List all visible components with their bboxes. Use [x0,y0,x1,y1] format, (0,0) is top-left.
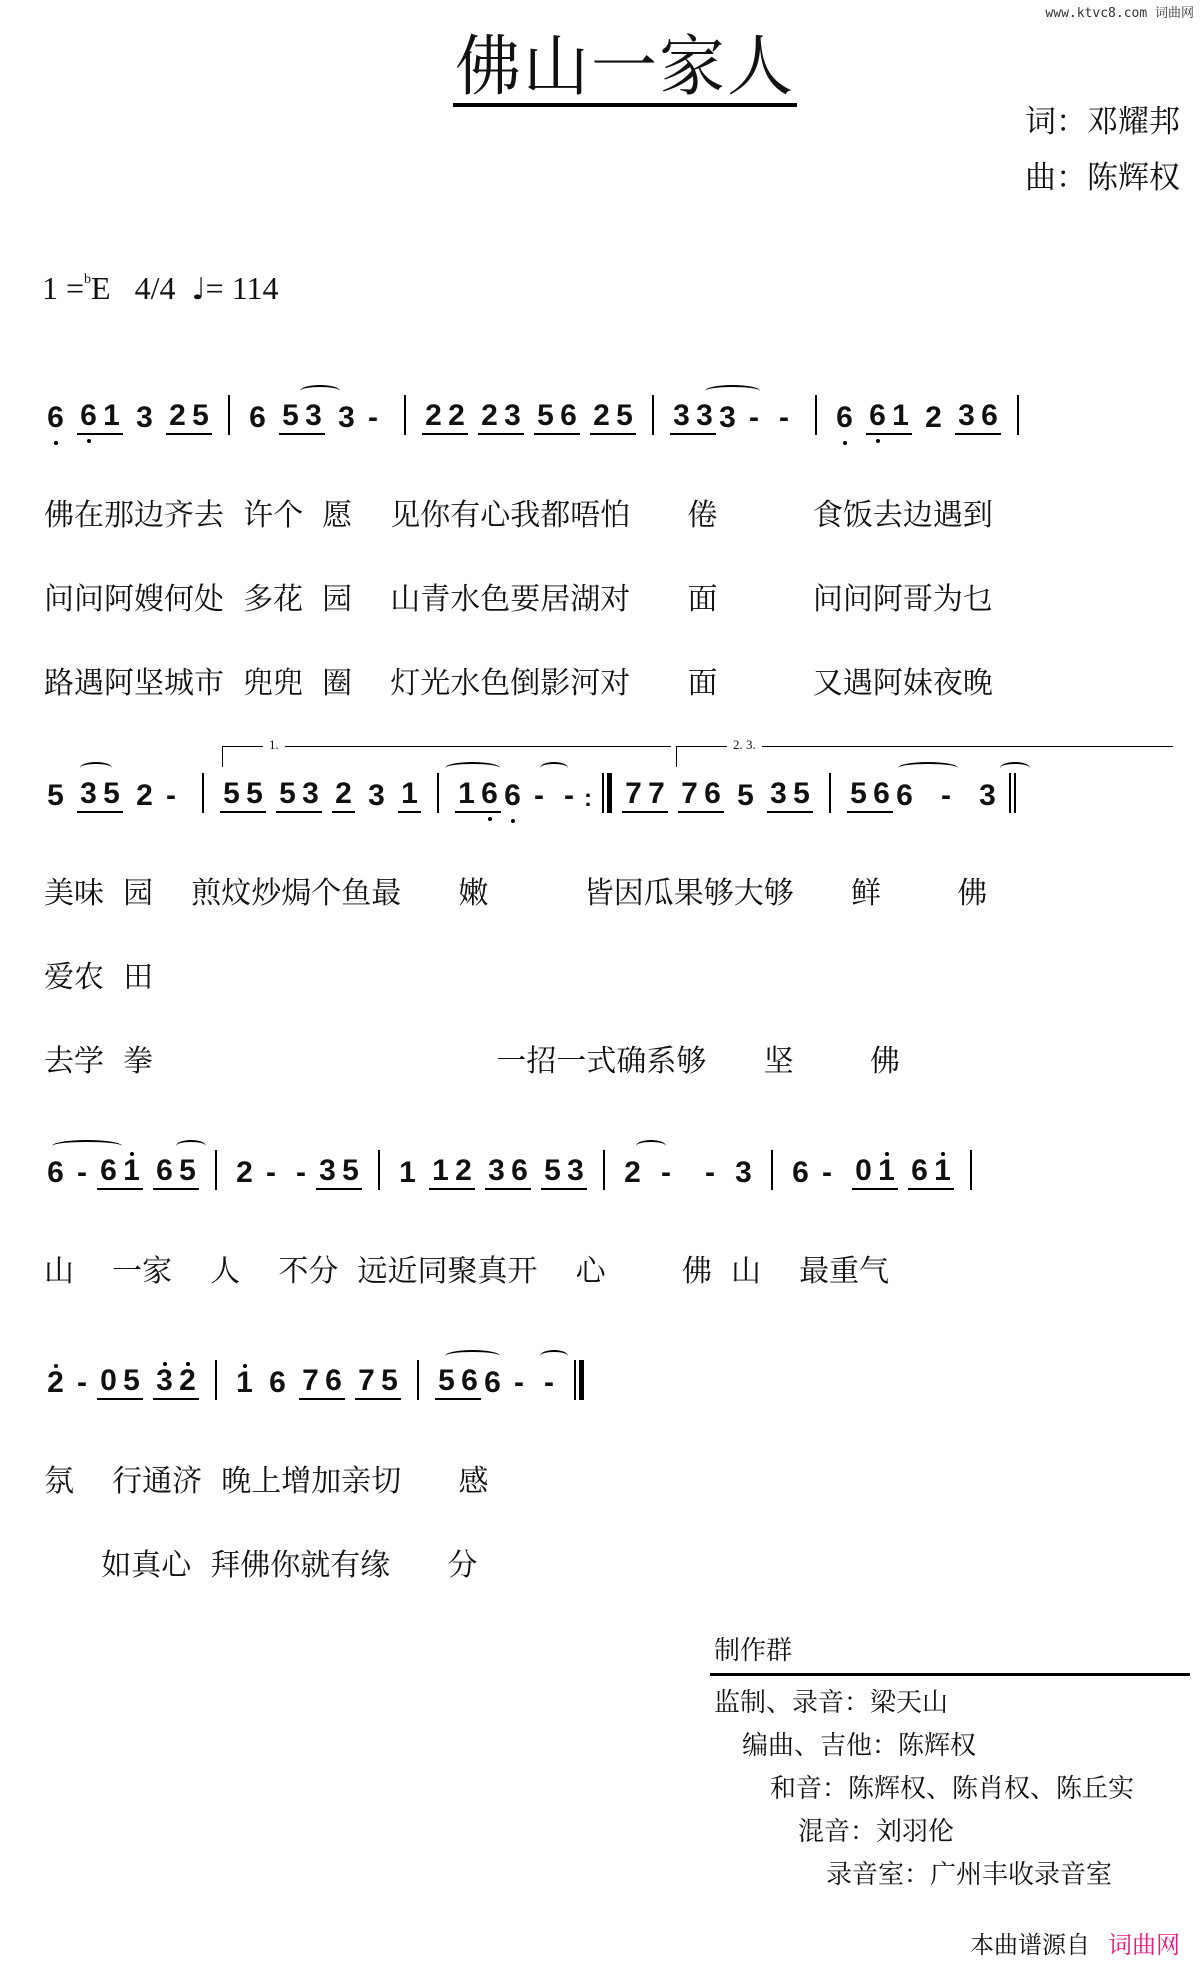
lyrics-system-2-verse-2: 爱农 田 [44,952,153,996]
slur [540,1350,568,1362]
slur [1000,762,1030,774]
volta-bracket-1: 1. [222,746,671,767]
lyrics-system-2-verse-3: 去学 拳 一招一式确系够 坚 佛 [44,1036,900,1080]
credit-arrangement: 编曲、吉他：陈辉权 [710,1725,1190,1762]
source-attribution: 本曲谱源自词曲网 [970,1925,1180,1960]
credit-mixing: 混音：刘羽伦 [710,1811,1190,1848]
key-tempo-line: 1 =bE 4/4 ♩= 114 [42,270,279,307]
notation-system-2: 5 35 2- 55 53 2 3 1 166-- : 77 76 5 35 5… [44,773,1026,813]
repeat-end-sign: : [584,785,592,813]
notation-system-3: 6- 61 65 2-- 35 1 12 36 53 2--3 6- 01 61 [44,1150,988,1190]
slur [445,762,500,774]
credit-studio: 录音室：广州丰收录音室 [710,1854,1190,1891]
double-barline [1009,773,1016,813]
slur [300,385,340,397]
song-title: 佛山一家人 [0,28,1200,107]
key-prefix: 1 = [42,270,84,306]
barline [215,1360,217,1400]
site-watermark: www.ktvc8.com 词曲网 [1045,2,1194,21]
barline [652,395,654,435]
flat-sign: b [84,272,91,287]
repeat-barline [602,773,612,813]
barline [815,395,817,435]
production-credits: 制作群 监制、录音：梁天山 编曲、吉他：陈辉权 和音：陈辉权、陈肖权、陈丘实 混… [710,1630,1190,1891]
barline [417,1360,419,1400]
lyrics-system-3-verse-1: 山 一家 人 不分 远近同聚真开 心 佛 山 最重气 [44,1246,889,1290]
slur [540,762,568,774]
time-signature: 4/4 [135,270,176,306]
production-heading: 制作群 [710,1630,1190,1676]
barline [771,1150,773,1190]
lyrics-system-1-verse-2: 问问阿嫂何处 多花 园 山青水色要居湖对 面 问问阿哥为乜 [44,574,993,618]
slur [52,1140,122,1152]
lyrics-system-1-verse-1: 佛在那边齐去 许个 愿 见你有心我都唔怕 倦 食饭去边遇到 [44,490,993,534]
barline [970,1150,972,1190]
slur [80,762,112,774]
key-letter: E [91,270,111,306]
slur [445,1350,500,1362]
credit-supervision: 监制、录音：梁天山 [710,1682,1190,1719]
source-brand-link[interactable]: 词曲网 [1108,1931,1180,1959]
barline [603,1150,605,1190]
composer-credit: 曲：陈辉权 [1025,152,1180,197]
notation-system-4: 2- 05 32 1 6 76 75 566-- [44,1360,594,1400]
barline [378,1150,380,1190]
lyrics-system-1-verse-3: 路遇阿坚城市 兜兜 圈 灯光水色倒影河对 面 又遇阿妹夜晚 [44,658,993,702]
lyrics-system-2-verse-1: 美味 园 煎炆炒焗个鱼最 嫩 皆因瓜果够大够 鲜 佛 [44,868,987,912]
final-barline [574,1360,584,1400]
tempo-value: = 114 [206,270,279,306]
barline [1017,395,1019,435]
slur [636,1140,666,1152]
slur [898,762,958,774]
quarter-note-icon: ♩ [191,272,205,307]
source-text: 本曲谱源自 [970,1931,1090,1959]
slur [705,385,760,397]
barline [404,395,406,435]
barline [202,773,204,813]
lyricist-credit: 词：邓耀邦 [1025,96,1180,141]
lyrics-system-4-verse-1: 氛 行通济 晚上增加亲切 感 [44,1456,488,1500]
barline [215,1150,217,1190]
barline [228,395,230,435]
lyrics-system-4-verse-2: 如真心 拜佛你就有缘 分 [44,1540,478,1584]
barline [829,773,831,813]
barline [437,773,439,813]
slur [176,1140,206,1152]
credit-harmony: 和音：陈辉权、陈肖权、陈丘实 [710,1768,1190,1805]
notation-system-1: 6 61 3 25 6 53 3- 22 23 56 25 333-- 6 61… [44,395,1035,435]
